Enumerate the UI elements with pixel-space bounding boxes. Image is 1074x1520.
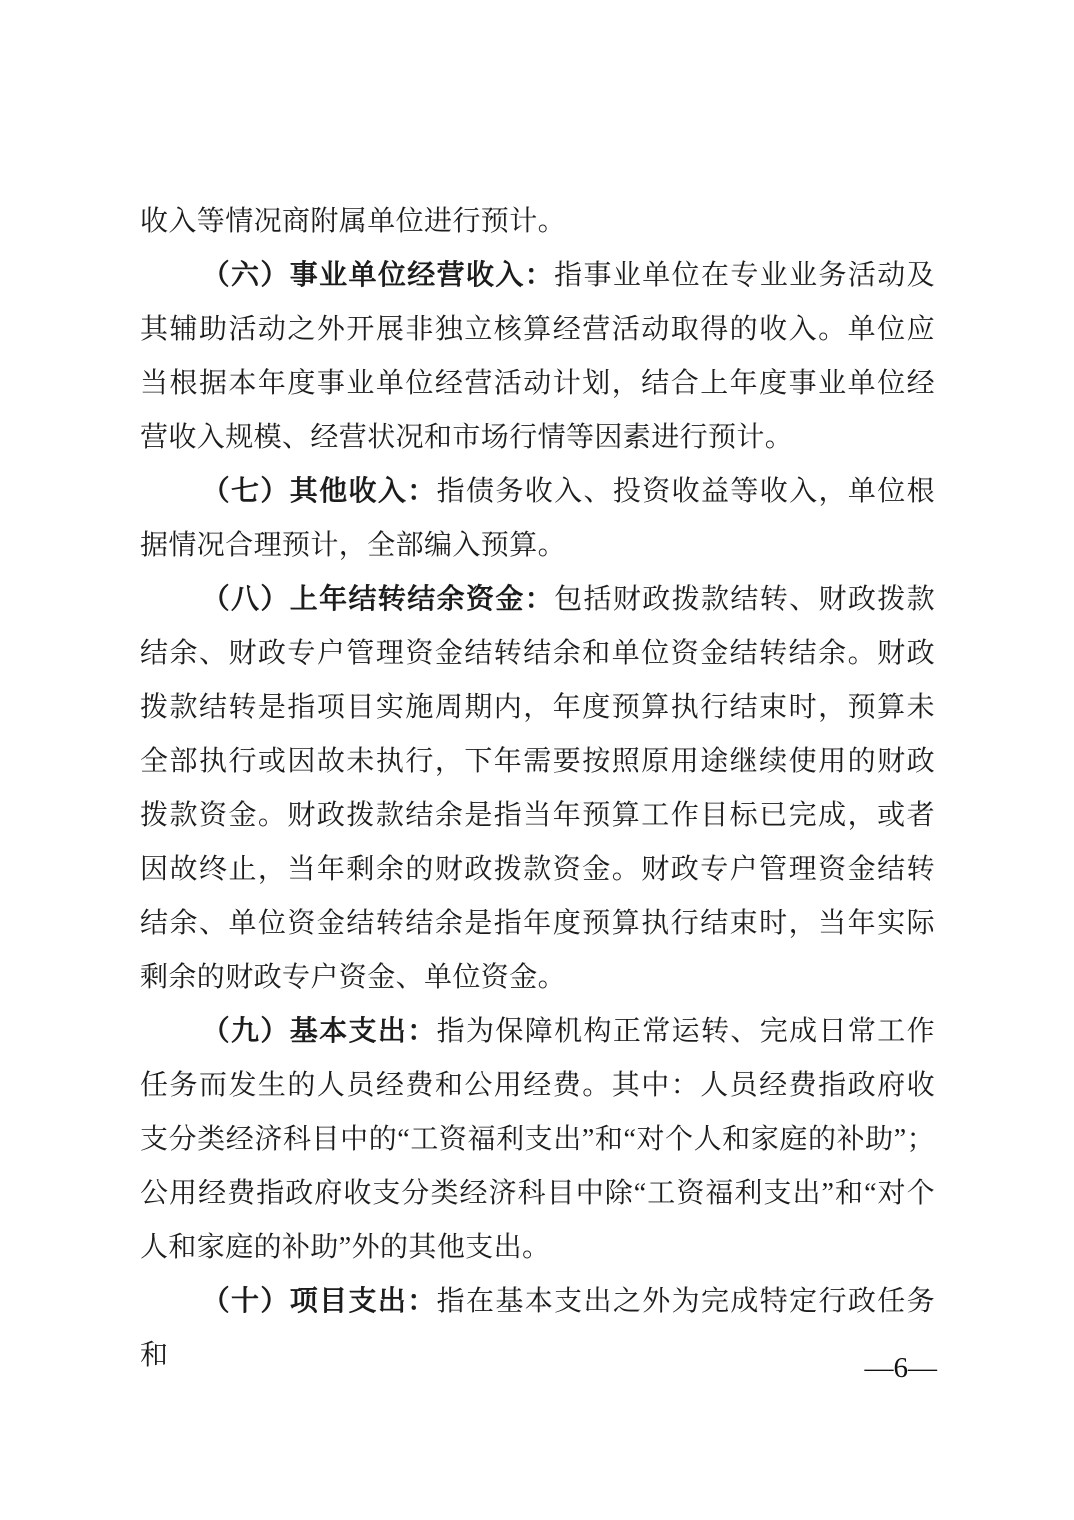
paragraph-item-seven: （七）其他收入：指债务收入、投资收益等收入，单位根据情况合理预计，全部编入预算。 <box>140 465 935 573</box>
paragraph-body: 收入等情况商附属单位进行预计。 <box>140 206 566 237</box>
paragraph-item-ten: （十）项目支出：指在基本支出之外为完成特定行政任务和 <box>140 1275 935 1383</box>
paragraph-item-eight: （八）上年结转结余资金：包括财政拨款结转、财政拨款结余、财政专户管理资金结转结余… <box>140 573 935 1005</box>
paragraph-item-nine: （九）基本支出：指为保障机构正常运转、完成日常工作任务而发生的人员经费和公用经费… <box>140 1005 935 1275</box>
paragraph-body: 包括财政拨款结转、财政拨款结余、财政专户管理资金结转结余和单位资金结转结余。财政… <box>140 584 935 993</box>
paragraph-body: 指为保障机构正常运转、完成日常工作任务而发生的人员经费和公用经费。其中：人员经费… <box>140 1016 935 1263</box>
document-page: 收入等情况商附属单位进行预计。 （六）事业单位经营收入：指事业单位在专业业务活动… <box>0 0 1074 1520</box>
paragraph-heading: （六）事业单位经营收入： <box>202 260 555 291</box>
paragraph-heading: （七）其他收入： <box>202 476 437 507</box>
document-text-block: 收入等情况商附属单位进行预计。 （六）事业单位经营收入：指事业单位在专业业务活动… <box>140 195 935 1383</box>
paragraph-heading: （十）项目支出： <box>202 1286 437 1317</box>
paragraph-heading: （九）基本支出： <box>202 1016 437 1047</box>
paragraph-heading: （八）上年结转结余资金： <box>202 584 555 615</box>
paragraph-continuation: 收入等情况商附属单位进行预计。 <box>140 195 935 249</box>
paragraph-item-six: （六）事业单位经营收入：指事业单位在专业业务活动及其辅助活动之外开展非独立核算经… <box>140 249 935 465</box>
page-number: —6— <box>865 1352 938 1384</box>
